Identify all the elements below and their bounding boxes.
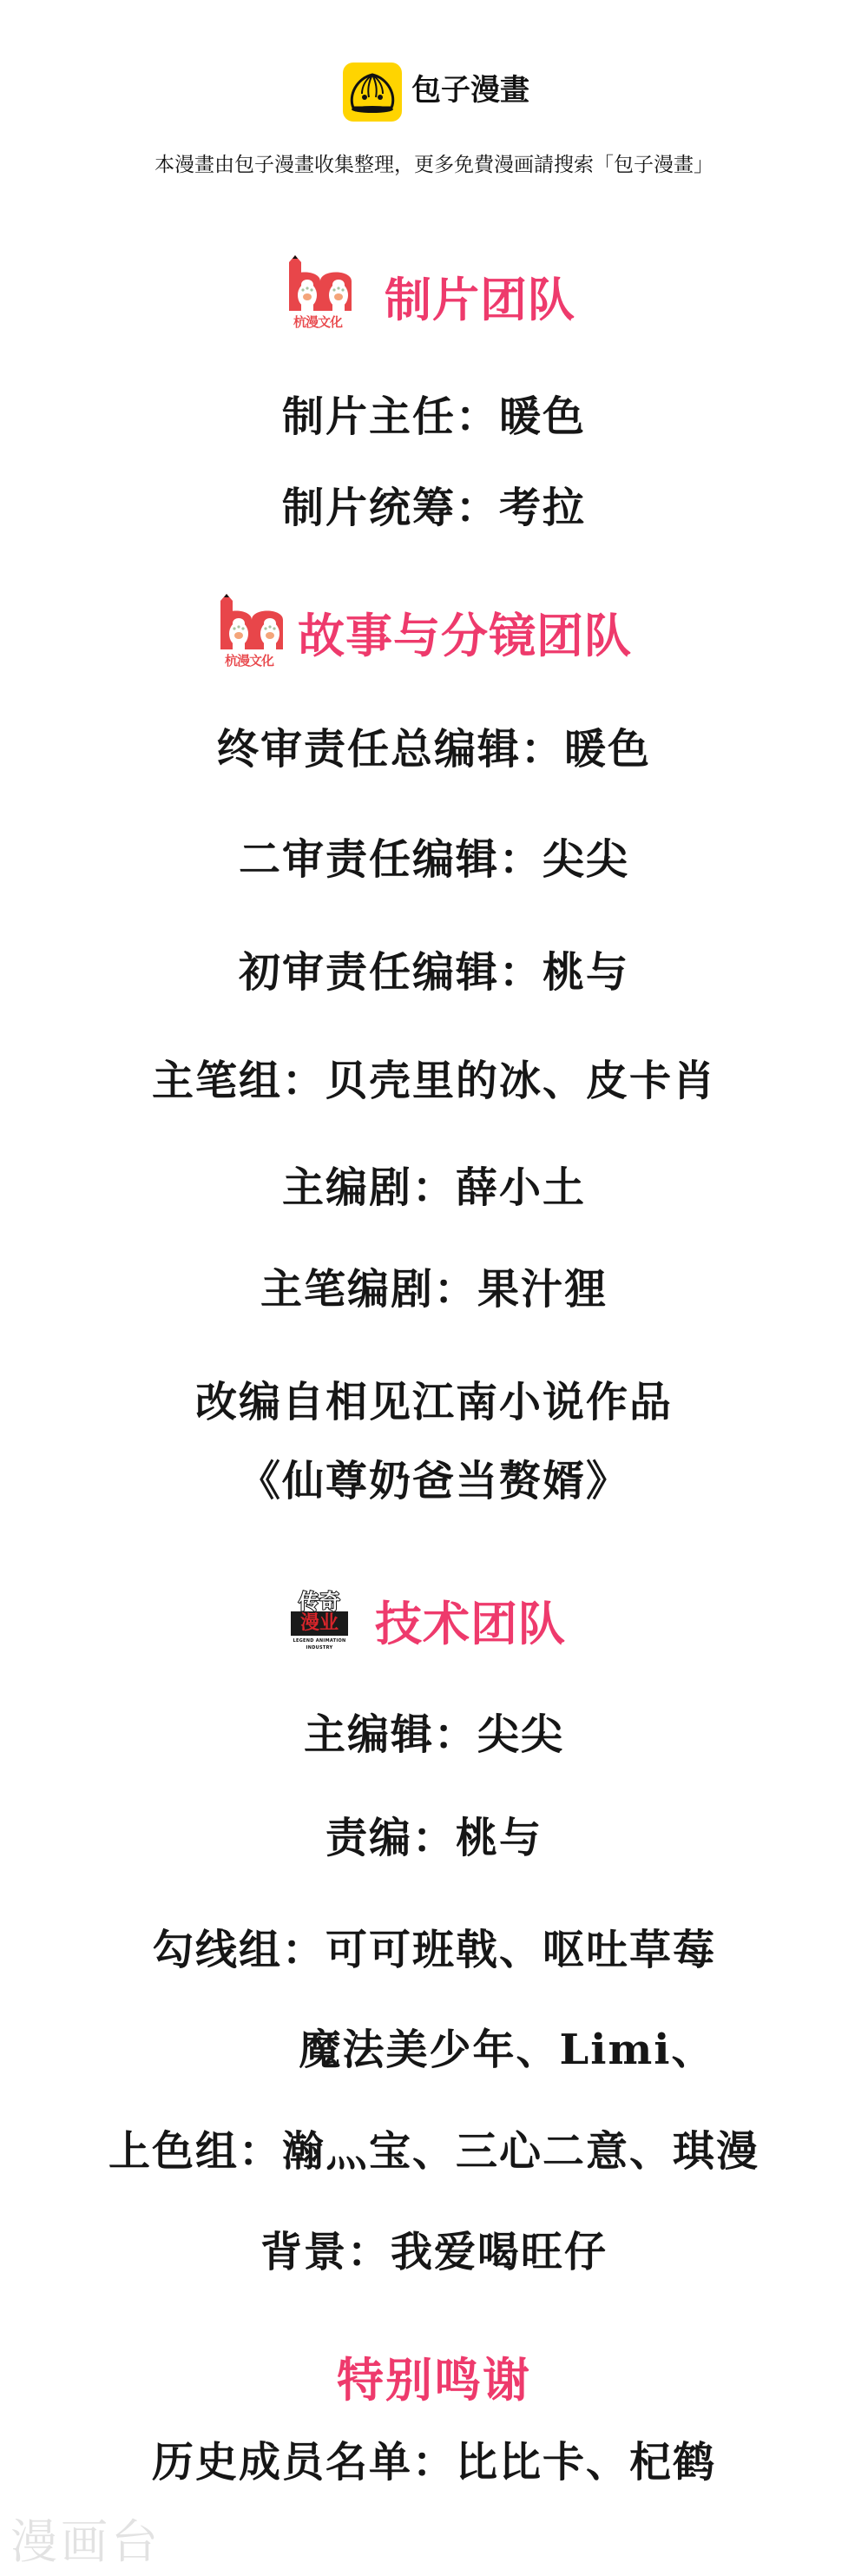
section-title-production: 制片团队: [385, 273, 575, 326]
hangman-culture-logo-icon: 杭漫文化: [214, 594, 285, 669]
section-title-tech: 技术团队: [375, 1598, 566, 1650]
credit-line: 主编剧：薛小土: [0, 1163, 868, 1212]
watermark: 漫画台: [10, 2516, 161, 2568]
credit-line: 上色组：瀚灬宝、三心二意、琪漫: [0, 2127, 868, 2176]
logo-text-mid: 漫业: [291, 1611, 348, 1636]
credit-line-continued: 魔法美少年、Limi、: [73, 2026, 868, 2074]
credit-line: 背景：我爱喝旺仔: [0, 2228, 868, 2276]
credit-line: 终审责任总编辑：暖色: [0, 725, 868, 774]
legend-animation-logo-icon: 传奇 漫业 LEGEND ANIMATION INDUSTRY: [289, 1585, 350, 1646]
credit-line: 二审责任编辑：尖尖: [0, 835, 868, 884]
credit-line: 历史成员名单：比比卡、杞鹤: [0, 2438, 868, 2487]
logo-text: 杭漫文化: [282, 314, 353, 330]
credit-line: 责编：桃与: [0, 1814, 868, 1862]
hangman-culture-logo-icon: 杭漫文化: [282, 255, 353, 330]
credit-line: 主编辑：尖尖: [0, 1710, 868, 1759]
credit-line: 主笔编剧：果汁狸: [0, 1265, 868, 1314]
section-title-story: 故事与分镜团队: [298, 609, 632, 662]
brand-name: 包子漫畫: [411, 71, 529, 109]
credit-line: 制片统筹：考拉: [0, 484, 868, 532]
credit-line: 改编自相见江南小说作品: [0, 1378, 868, 1426]
baozi-logo-icon: [343, 63, 402, 122]
credit-line: 主笔组：贝壳里的冰、皮卡肖: [0, 1057, 868, 1105]
credit-line: 制片主任：暖色: [0, 392, 868, 441]
logo-text-top: 传奇: [289, 1591, 350, 1613]
credit-line: 勾线组：可可班戟、呕吐草莓: [0, 1926, 868, 1974]
logo-text-bottom: LEGEND ANIMATION INDUSTRY: [289, 1637, 350, 1651]
section-title-thanks: 特别鸣谢: [0, 2353, 868, 2407]
credit-line: 《仙尊奶爸当赘婿》: [0, 1457, 868, 1505]
logo-text: 杭漫文化: [214, 653, 285, 669]
credit-line: 初审责任编辑：桃与: [0, 948, 868, 997]
source-notice: 本漫畫由包子漫畫收集整理，更多免費漫画請搜索「包子漫畫」: [0, 151, 868, 179]
